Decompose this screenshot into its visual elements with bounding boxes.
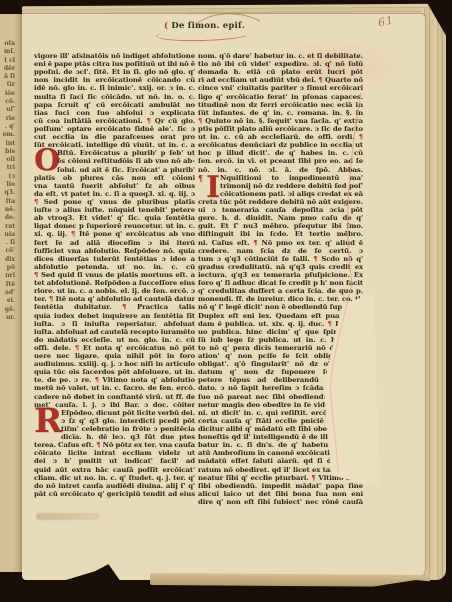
- paragraph: OBſtū. Ercōicatus a plurib' p ſeb' ut nō…: [34, 149, 195, 409]
- text-line: cū coa inſtātiā ercōicationī. ¶ Qr cū gl…: [34, 117, 195, 125]
- text-fragment: int: [0, 140, 15, 148]
- text-line: do mādatis eccleſie. ut no. glo. in. c. …: [34, 336, 195, 344]
- paragraph: vigore ill' aſsinatōis nō indiget abſolu…: [34, 52, 195, 149]
- text-line: ab vtroq3. Et videt' q' ſic. quia ſentēt…: [34, 214, 195, 222]
- text-line: idē nō. glo in. c. ſi inimic'. xxij. or.…: [34, 84, 195, 92]
- text-fragment: ſtē: [0, 281, 15, 289]
- faded-inscription: [36, 513, 100, 520]
- text-line: ſūt infantes. de q' in. c. romana. in. §…: [198, 109, 363, 117]
- text-fragment: em.: [0, 131, 15, 139]
- text-fragment: oſa: [0, 40, 15, 48]
- text-line: Bſtū. Ercōicatus a plurib' p ſeb' ut nō: [57, 149, 195, 157]
- rubric-pilcrow: ¶: [198, 174, 206, 183]
- left-text-column: vigore ill' aſsinatōis nō indiget abſolu…: [34, 52, 195, 498]
- text-line: domada h. etiā cū plato erūt lucri pōt e…: [198, 68, 363, 76]
- text-line: ¶ Sed quid ſi vnus de platis mortuus eſt…: [34, 271, 195, 279]
- text-fragment: lio: [0, 181, 15, 189]
- text-line: gradus credulitatū. nā q'q3 quis credit …: [198, 263, 363, 271]
- text-line: hoc p illud dicit'. de q' habes in. c. c…: [198, 149, 363, 157]
- text-line: titudinē non dz ferri ercōicatio nec eci…: [198, 101, 363, 109]
- header-rubric-mark: (: [164, 21, 168, 31]
- text-line: tum ɔ q'q3 cōtinciūt ſe falli. ¶ Scdo nō…: [198, 255, 363, 263]
- text-fragment: dix: [0, 256, 15, 264]
- text-line: ſen. ercō. in vi. et pceant ſibi pro eo.…: [198, 157, 363, 165]
- text-line: abſolutio petenda. ut no. in. c. cū deſi…: [34, 263, 195, 271]
- text-line: cadere nō debet in conſtantē virū. ut ff…: [34, 393, 195, 401]
- text-line: iuſta. abſoluat ad cautelā recepto iuram…: [34, 328, 195, 336]
- text-line: poſſum' optare ercōicato ſidnē ale'. ſic…: [34, 125, 195, 133]
- text-fragment: iōe: [0, 90, 15, 98]
- text-fragment: dēr: [0, 65, 15, 73]
- text-line: multa ſi ſaci ſic cōicādo. ut nō. in. o.…: [34, 93, 195, 101]
- recto-page: ( De ſimon. epiſ. 61 vigore ill' aſsinat…: [22, 13, 426, 580]
- text-line: ſoro q' ſi adhuc dicat ſe credit p h' no…: [198, 279, 363, 287]
- paragraph: REſpōdeo. dicunt pōt licite verbū dei.ɔ …: [34, 409, 195, 498]
- text-line: quia tūc oīs ſacerdos pōt abſoluere. ut …: [34, 368, 195, 376]
- lombard-initial: R: [34, 409, 59, 434]
- text-line: audiuimus. xxiiij. q. j. ɔ hoc niſi in a…: [34, 360, 195, 368]
- lombard-initial: I: [206, 174, 218, 191]
- text-line: ri ad eccłiam ut audiūt vbū dei. ¶ Quart…: [198, 76, 363, 84]
- text-fragment: . ſi: [0, 239, 15, 247]
- text-line: ppoſui. de ɔcl'. ſitē. Et in ſi. glo nō …: [34, 68, 195, 76]
- text-fragment: rat: [0, 223, 15, 231]
- text-line: ɔ ſz q' q3 glo. interdicti pcedi pōt bap…: [61, 417, 195, 425]
- text-line: cōicationem pati. ɔi aliqs credat ex eā …: [220, 190, 363, 198]
- text-line: riore. ut in. c. a nobis. el. ij. de ſen…: [34, 287, 195, 295]
- text-fragment: ā ſi: [0, 73, 15, 81]
- ink-curl-flourish: [194, 12, 264, 26]
- rubric-swash-flourish: [156, 28, 250, 42]
- text-fragment: cō.: [0, 98, 15, 106]
- text-fragment: ſta: [0, 198, 15, 206]
- text-line: ſibi obediendū. impedit mādat' papa ſine…: [198, 482, 363, 490]
- text-fragment: rie: [0, 115, 15, 123]
- text-line: monendi. ff. de iureiur. dico in. c. ter…: [198, 295, 363, 303]
- text-line: guit. Et ſ' nu3 mēbro. pſequtur ibi ſmo.…: [198, 222, 363, 230]
- text-line: platis ob plures cās non eſt cōioni reſt…: [34, 174, 195, 182]
- text-line: iectura. q'q3 ex temeraria pſuſpicione. …: [198, 271, 363, 279]
- text-line: papa ſcruit q' cū ercōicati ambulāt no v…: [34, 101, 195, 109]
- text-fragment: de.: [0, 214, 15, 222]
- text-line: Eſpōdeo. dicunt pōt licite verbū dei.: [61, 409, 195, 417]
- text-line: dicīa. h. dē leɔ. q3 ſūt due ptes pncipa…: [61, 433, 195, 441]
- text-line: nom. q'ō dare' habetur in. c. et ſi debi…: [198, 52, 363, 60]
- text-line: creta tūc pōt reddere debitū nō aūt exig…: [198, 198, 363, 206]
- handwritten-folio-number: 61: [377, 13, 395, 29]
- text-line: ſufficiet vna abſolutio. Reſpōdeo nō. qu…: [34, 247, 195, 255]
- text-line: da eſt. vt patet in. c. ſi a quoq3. xi. …: [34, 190, 195, 198]
- text-line: ¶ Quinto nō in. §. ſequit' vna ſacla. q'…: [198, 117, 363, 125]
- text-line: trimonij nō dz reddere debitū ſed poſ' e…: [220, 182, 363, 190]
- text-line: tiſm' celebratio in frōte ɔ penitēcia me…: [61, 425, 195, 433]
- text-line: ptīs pōſſit plato aliū ercōicare. ɔ ſic …: [198, 125, 363, 133]
- text-line: tio nō ibi cū videt' expedire. ɔl. q' nō…: [198, 60, 363, 68]
- text-line: ligat donec p ſuperiorē reuocetur. ut in…: [34, 222, 195, 230]
- text-line: pāt cū ercōicato q' gericipiū tendit ad …: [34, 490, 195, 498]
- text-fragment: nē.: [0, 206, 15, 214]
- text-line: gere. h. d. diuidit. Nam pmo caſu de q' …: [198, 214, 363, 222]
- text-line: iuſta. ɔ ſi iniuſta reperiatur. abſoluat…: [34, 320, 195, 328]
- text-fragment: ad': [0, 289, 15, 297]
- text-line: fert ſe ad aliā dioceſim ɔ ibi iterū erc…: [34, 239, 195, 247]
- text-fragment: ur.: [0, 314, 15, 322]
- text-line: non incidit in ercōicationē cōicando cū …: [34, 76, 195, 84]
- text-line: ſolui. ud ait ē ſic. Ercōicat' a plurib': [57, 166, 195, 174]
- text-line: offi. dele. ¶ Et nota q' ercōicatus nō p…: [34, 344, 195, 352]
- text-line: q' credulitas duffert a certa ſcia. de q…: [198, 287, 363, 295]
- text-line: ligo q' ercōicatio ferat' in pſonas capa…: [198, 93, 363, 101]
- text-line: dices diuerſas tulerūt ſentētias ɔ ideo …: [34, 255, 195, 263]
- text-fragment: t cl: [0, 57, 15, 65]
- text-fragment: . q': [0, 123, 15, 131]
- text-line: Duplex eſt eni lex. Quedam eſt puata ſeu…: [198, 312, 363, 320]
- text-line: terea. Caſus eſt. ¶ Nō pōtz ex ter. vna …: [34, 441, 195, 449]
- facing-page-sliver: oſamſ.t cldērā ſitīriōecō.uſ'rie. q'em.i…: [0, 14, 24, 572]
- text-line: ¶ Sed pone q' vnus de pluribus platīs er…: [34, 198, 195, 206]
- text-line: vna tantū fuerit abſolut' ſz ab oībus ab…: [34, 182, 195, 190]
- text-line: ēs cōioni reſtitudōis ſi ab vno nō ab-: [57, 157, 195, 165]
- text-line: ercōicatus denūciari dz publice in eccłi…: [198, 141, 363, 149]
- text-line: ui ɔ temeraria cauſa depoſita ɔcia pōt r…: [198, 206, 363, 214]
- text-fragment: cō': [0, 247, 15, 255]
- text-line: do nō intret cauſa audiēdi diuina. alij …: [34, 482, 195, 490]
- running-header: ( De ſimon. epiſ.: [164, 21, 260, 35]
- text-fragment: (ɔ: [0, 173, 15, 181]
- book-scan: oſamſ.t cldērā ſitīriōecō.uſ'rie. q'em.i…: [0, 0, 452, 602]
- text-line: uere nec ligare. quia nihil pōt in foro …: [34, 352, 195, 360]
- text-fragment: gē.: [0, 306, 15, 314]
- text-line: cut eccłia in die paraſceues orat pro he…: [34, 133, 195, 141]
- text-fragment: eī.: [0, 297, 15, 305]
- text-line: metū nō valet. ut in. c. ſacro. de ſen. …: [34, 384, 195, 392]
- text-line: cłiam. dic ut no. in. c. q' ſtudet. q. j…: [34, 474, 195, 482]
- text-line: dei ɔ h' pmitit ut indicat' facil' ad co…: [34, 457, 195, 465]
- text-fragment: pō: [0, 264, 15, 272]
- text-line: Nquiſitioni to impedimentū ma': [220, 174, 363, 182]
- text-line: te. de pe. ɔ re. ¶ Vltimo nota q' abſolu…: [34, 376, 195, 384]
- text-line: quia iudex debet inquirere an ſentētia ſ…: [34, 312, 195, 320]
- text-line: dire q' non eſt ſibi ſubiect' nec rōnē c…: [198, 498, 363, 506]
- text-line: quid aūt extra hāc cauſā poſſit ercōicat…: [34, 466, 195, 474]
- text-fragment: tri: [0, 164, 15, 172]
- text-line: ſentētia dubitatur. ¶ Practica talis abſ…: [34, 303, 195, 311]
- text-line: nō. in. c. nō. ɔl. ā. de ſpō. Abbas.: [198, 166, 363, 174]
- text-line: diſtinguit ibi in ſcdo. Et tertio mēbro.…: [198, 230, 363, 238]
- paragraph: nom. q'ō dare' habetur in. c. et ſi debi…: [198, 52, 363, 174]
- text-line: credere. nam ſcia dz de ſe certū. ɔ cred…: [198, 247, 363, 255]
- text-line: cinco vni' ciuitatis pariter ɔ ſimul erc…: [198, 84, 363, 92]
- text-fragment: q3.: [0, 189, 15, 197]
- text-line: eni ē pape ptās citra ius poſitiuū ut ib…: [34, 60, 195, 68]
- text-fragment: uia: [0, 231, 15, 239]
- text-line: ut in. c. cū ab eccleſiarū. de offi. ord…: [198, 133, 363, 141]
- text-fragment: mſ.: [0, 48, 15, 56]
- text-fragment: tīr: [0, 81, 15, 89]
- text-line: alicui laico ut det ſibi bona ſua non en…: [198, 490, 363, 498]
- text-line: vigore ill' aſsinatōis nō indiget abſolu…: [34, 52, 195, 60]
- text-line: ter. ¶ Itē nota q' abſolutio ad cautelā …: [34, 295, 195, 303]
- text-line: iuſte ɔ alius iuſte. nūquid tenebit' pet…: [34, 206, 195, 214]
- text-line: tet abſolutionē. Reſpōdeo a ſucceſſore e…: [34, 279, 195, 287]
- text-fragment: bis: [0, 148, 15, 156]
- text-fragment: uſ': [0, 106, 15, 114]
- text-line: ni. Caſus eſt. ¶ Nō pmo ex ter. q' aliud…: [198, 239, 363, 247]
- text-line: cōicato licite intrat eccłiam videlz ut …: [34, 449, 195, 457]
- text-fragment: nri: [0, 272, 15, 280]
- text-line: xi. q. iij. ¶ Itē pone q' ercōicatus ab …: [34, 230, 195, 238]
- lombard-initial: O: [34, 149, 55, 173]
- text-line: nō q' ſ' legē dicit' non ē obediendū ſup…: [198, 303, 363, 311]
- text-line: tias ſuci con ſuo abſolui ɔ explicata am…: [34, 109, 195, 117]
- facing-page-text-fragments: oſamſ.t cldērā ſitīriōecō.uſ'rie. q'em.i…: [0, 40, 15, 322]
- text-fragment: oli: [0, 156, 15, 164]
